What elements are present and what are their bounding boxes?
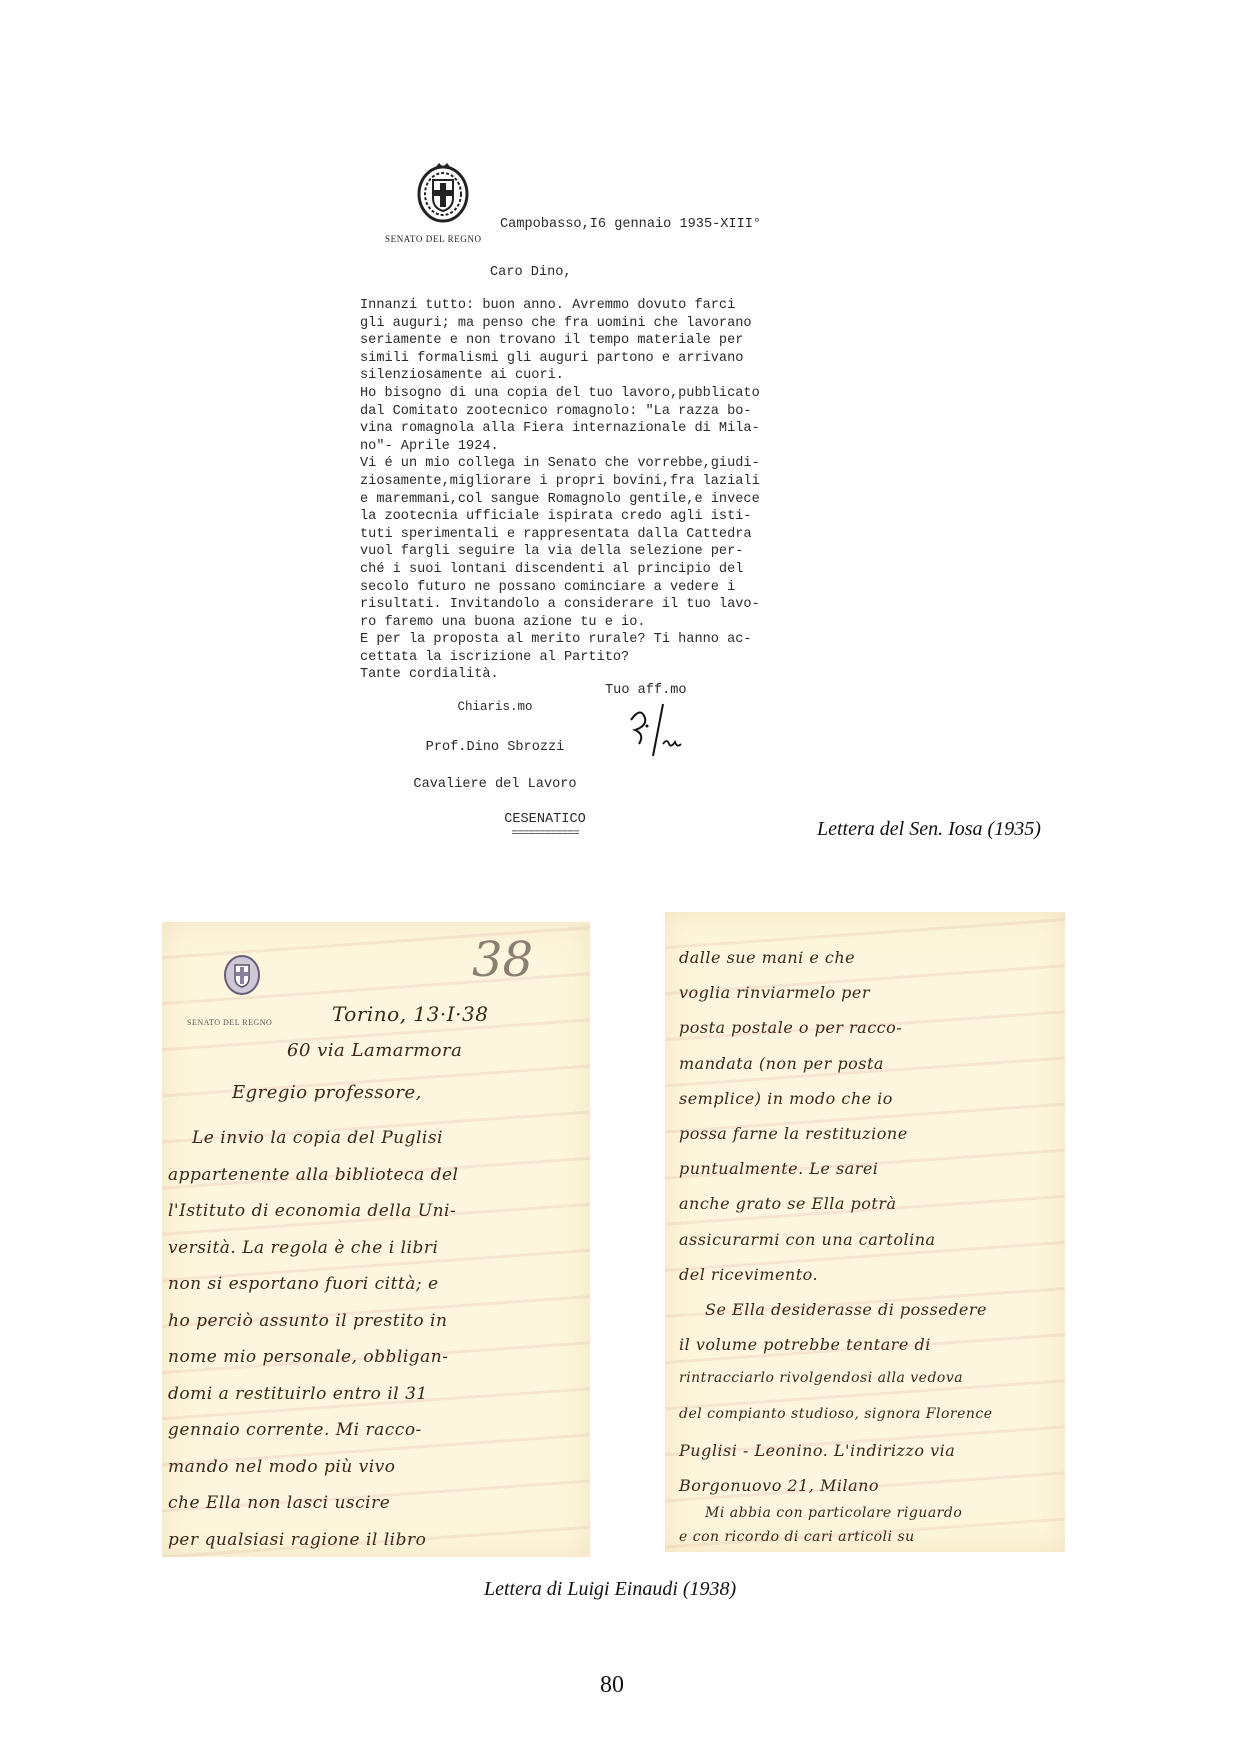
handwriting-line: e con ricordo di cari articoli su [679, 1529, 915, 1545]
handwriting-line: del compianto studioso, signora Florence [679, 1406, 993, 1422]
letter-body-line: la zootecnia ufficiale ispirata credo ag… [360, 508, 760, 526]
handwriting-line: domi a restituirlo entro il 31 [168, 1384, 428, 1404]
handwriting-line: semplice) in modo che io [679, 1089, 893, 1108]
handwriting-line: appartenente alla biblioteca del [168, 1165, 459, 1185]
caption-einaudi-letter: Lettera di Luigi Einaudi (1938) [484, 1578, 736, 1601]
letter-body-line: gli auguri; ma penso che fra uomini che … [360, 315, 760, 333]
handwriting-line: gennaio corrente. Mi racco- [168, 1420, 422, 1440]
letter-body-line: Innanzi tutto: buon anno. Avremmo dovuto… [360, 297, 760, 315]
letter-body-line: vuol fargli seguire la via della selezio… [360, 543, 760, 561]
letter-salutation: Caro Dino, [490, 265, 572, 280]
letter-body-line: Vi é un mio collega in Senato che vorreb… [360, 455, 760, 473]
handwriting-line: del ricevimento. [679, 1265, 818, 1284]
handwriting-line: Borgonuovo 21, Milano [679, 1476, 879, 1495]
handwriting-line: rintracciarlo rivolgendosi alla vedova [679, 1370, 963, 1386]
letter-body-line: E per la proposta al merito rurale? Ti h… [360, 631, 760, 649]
letterhead-label: SENATO DEL REGNO [187, 1018, 272, 1027]
handwriting-line: Se Ella desiderasse di possedere [705, 1300, 987, 1319]
letter-body-line: no"- Aprile 1924. [360, 438, 760, 456]
letter-body-line: silenziosamente ai cuori. [360, 367, 760, 385]
handwriting-line: possa farne la restituzione [679, 1124, 908, 1143]
letter-body-line: vina romagnola alla Fiera internazionale… [360, 420, 760, 438]
einaudi-letter-page-2: dalle sue mani e chevoglia rinviarmelo p… [665, 912, 1065, 1552]
letter-body-line: seriamente e non trovano il tempo materi… [360, 332, 760, 350]
handwriting-line: per qualsiasi ragione il libro [168, 1530, 426, 1550]
addressee-name: Prof.Dino Sbrozzi [375, 740, 615, 755]
handwriting-line: mando nel modo più vivo [168, 1457, 396, 1477]
handwriting-line: puntualmente. Le sarei [679, 1159, 878, 1178]
handwriting-line: nome mio personale, obbligan- [168, 1347, 448, 1367]
caption-iosa-letter: Lettera del Sen. Iosa (1935) [817, 818, 1041, 841]
letter-body-line: simili formalismi gli auguri partono e a… [360, 350, 760, 368]
addressee-honorific: Chiaris.mo [375, 700, 615, 714]
addressee-underline: ============ [425, 828, 665, 840]
handwriting-line: dalle sue mani e che [679, 948, 855, 967]
handwriting-line: posta postale o per racco- [679, 1018, 902, 1037]
einaudi-letter-page-1: SENATO DEL REGNO 38 Torino, 13·I·3860 vi… [162, 922, 590, 1557]
handwriting-line: il volume potrebbe tentare di [679, 1335, 931, 1354]
page-number: 80 [600, 1672, 624, 1699]
handwriting-line: mandata (non per posta [679, 1054, 884, 1073]
letter-body: Innanzi tutto: buon anno. Avremmo dovuto… [360, 297, 760, 684]
letter-body-line: tuti sperimentali e rappresentata dalla … [360, 526, 760, 544]
senate-crest-icon [222, 952, 262, 996]
letter-closing: Tuo aff.mo [605, 683, 687, 698]
handwriting-line: anche grato se Ella potrà [679, 1194, 897, 1213]
addressee-title: Cavaliere del Lavoro [375, 777, 615, 792]
handwriting-line: Le invio la copia del Puglisi [192, 1128, 443, 1148]
handwriting-line: l'Istituto di economia della Uni- [168, 1201, 456, 1221]
letter-body-line: ro faremo una buona azione tu e io. [360, 614, 760, 632]
letter-date: Campobasso,I6 gennaio 1935-XIII° [500, 217, 761, 232]
typed-letter-scan: SENATO DEL REGNO Campobasso,I6 gennaio 1… [355, 150, 805, 850]
handwriting-line: Torino, 13·I·38 [332, 1002, 488, 1026]
letter-body-line: risultati. Invitandolo a considerare il … [360, 596, 760, 614]
letter-body-line: secolo futuro ne possano cominciare a ve… [360, 579, 760, 597]
letter-body-line: Tante cordialità. [360, 666, 760, 684]
handwriting-line: Puglisi - Leonino. L'indirizzo via [679, 1441, 955, 1460]
handwriting-line: voglia rinviarmelo per [679, 983, 870, 1002]
letterhead-label: SENATO DEL REGNO [385, 234, 482, 244]
letter-body-line: Ho bisogno di una copia del tuo lavoro,p… [360, 385, 760, 403]
signature-mark [623, 700, 693, 760]
handwriting-line: Egregio professore, [232, 1082, 422, 1103]
folio-number: 38 [472, 932, 533, 988]
handwriting-line: Mi abbia con particolare riguardo [705, 1505, 962, 1521]
handwriting-line: assicurarmi con una cartolina [679, 1230, 936, 1249]
addressee-city: CESENATICO [425, 812, 665, 827]
letter-body-line: cettata la iscrizione al Partito? [360, 649, 760, 667]
handwriting-line: ho perciò assunto il prestito in [168, 1311, 447, 1331]
senate-crest-icon [415, 160, 471, 224]
handwriting-line: che Ella non lasci uscire [168, 1493, 390, 1513]
handwriting-line: non si esportano fuori città; e [168, 1274, 439, 1294]
letter-body-line: ché i suoi lontani discendenti al princi… [360, 561, 760, 579]
handwriting-line: versità. La regola è che i libri [168, 1238, 438, 1258]
letter-body-line: dal Comitato zootecnico romagnolo: "La r… [360, 403, 760, 421]
letter-body-line: ziosamente,migliorare i propri bovini,fr… [360, 473, 760, 491]
handwriting-line: 60 via Lamarmora [287, 1040, 462, 1061]
letter-body-line: e maremmani,col sangue Romagnolo gentile… [360, 491, 760, 509]
